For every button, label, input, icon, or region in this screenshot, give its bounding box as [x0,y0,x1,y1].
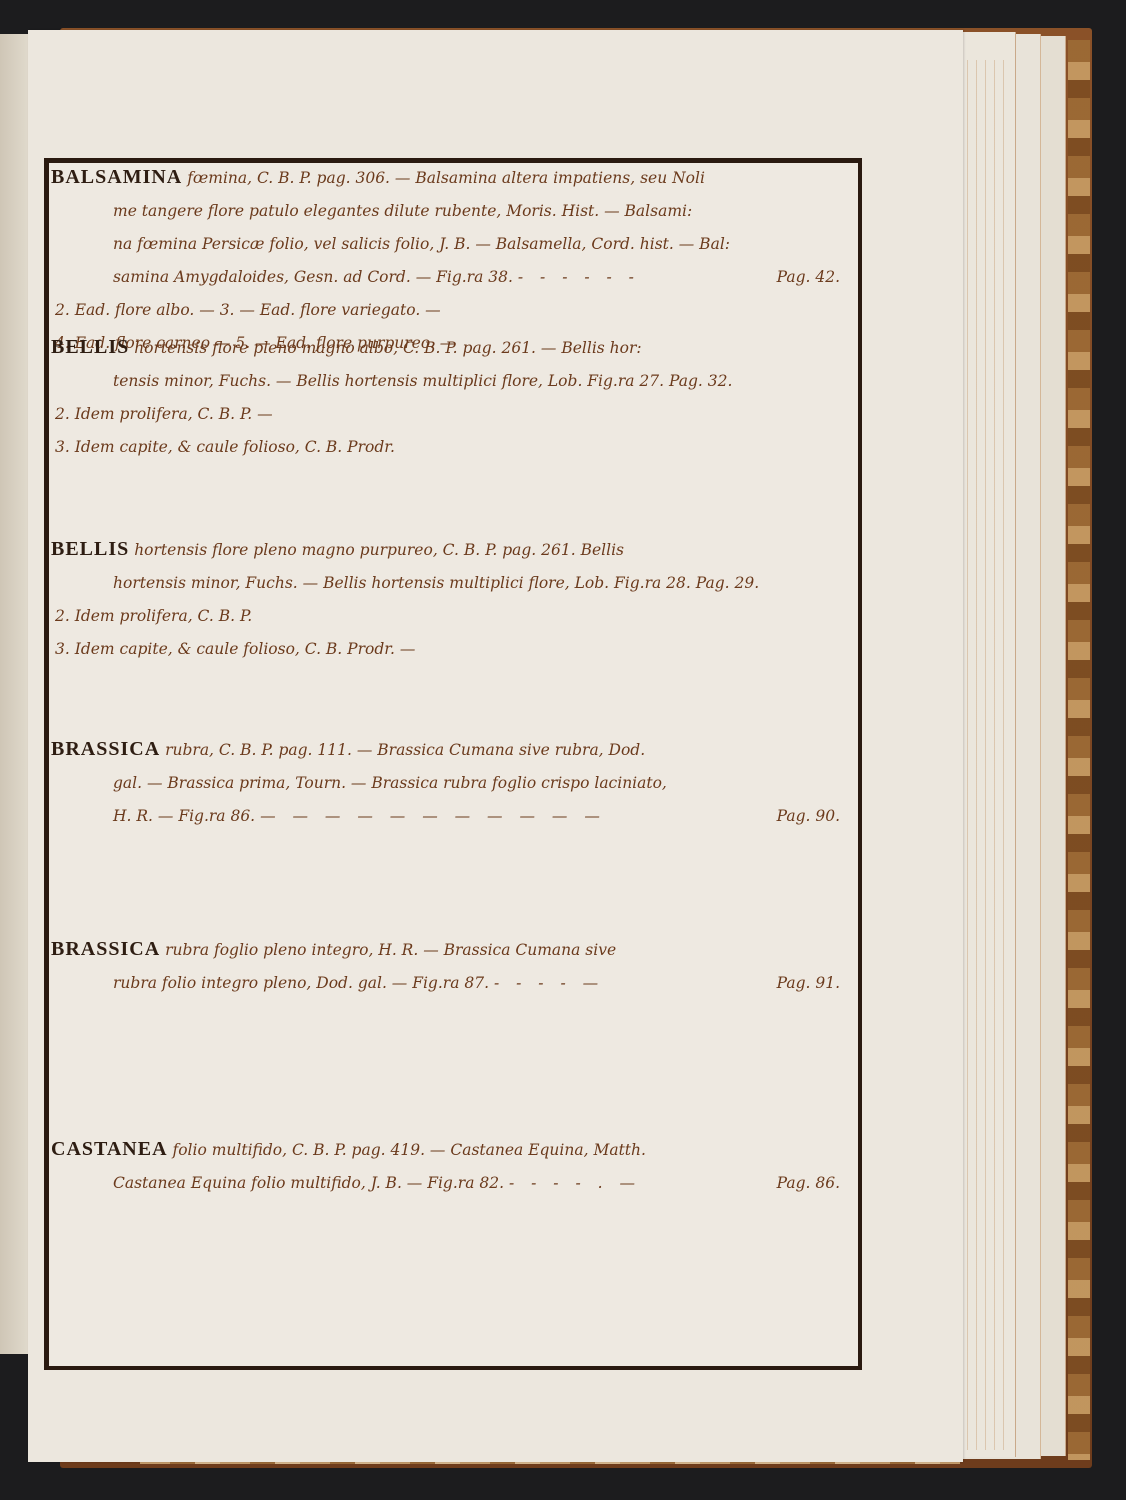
entry-heading: BELLIS [51,336,129,358]
entry-line: H. R. — Fig.ra 86. — — — — — — — — — — —… [49,800,858,833]
entry-line: BELLIS hortensis flore pleno magno albo,… [49,331,858,365]
entry-line: tensis minor, Fuchs. — Bellis hortensis … [49,365,858,398]
entry-line: CASTANEA folio multifido, C. B. P. pag. … [49,1133,858,1167]
entry-line: rubra folio integro pleno, Dod. gal. — F… [49,967,858,1000]
entry-heading: BRASSICA [51,738,160,760]
page-reference: Pag. 42. [777,261,858,294]
page-stack-edges [962,60,1007,1450]
leader-dashes: - - - - — [494,974,604,992]
entry-text: samina Amygdaloides, Gesn. ad Cord. — Fi… [113,268,513,286]
entry-text: folio multifido, C. B. P. pag. 419. — Ca… [172,1141,645,1159]
entry-text: rubra, C. B. P. pag. 111. — Brassica Cum… [165,741,645,759]
variant-line: 2. Idem prolifera, C. B. P. — [49,398,858,431]
entry-heading: BRASSICA [51,938,160,960]
cover-edge-right [1068,40,1090,1460]
entry-line: me tangere flore patulo elegantes dilute… [49,195,858,228]
entry-line: BELLIS hortensis flore pleno magno purpu… [49,533,858,567]
leader-dashes: — — — — — — — — — — — [260,807,606,825]
variant-line: 2. Idem prolifera, C. B. P. [49,600,858,633]
entry-heading: BELLIS [51,538,129,560]
entry-brassica-integro: BRASSICA rubra foglio pleno integro, H. … [49,933,858,1000]
entry-text: rubra foglio pleno integro, H. R. — Bras… [165,941,616,959]
leader-dashes: - - - - - - [518,268,640,286]
entry-text: rubra folio integro pleno, Dod. gal. — F… [113,974,489,992]
ruled-frame: BALSAMINA fœmina, C. B. P. pag. 306. — B… [44,158,862,1370]
entry-line: na fœmina Persicæ folio, vel salicis fol… [49,228,858,261]
page-reference: Pag. 91. [777,967,858,1000]
entry-line: gal. — Brassica prima, Tourn. — Brassica… [49,767,858,800]
page-reference: Pag. 86. [777,1167,858,1200]
entry-text: H. R. — Fig.ra 86. [113,807,255,825]
entry-line: BRASSICA rubra, C. B. P. pag. 111. — Bra… [49,733,858,767]
entry-text: hortensis flore pleno magno purpureo, C.… [134,541,624,559]
entry-text: Castanea Equina folio multifido, J. B. —… [113,1174,504,1192]
page-reference: Pag. 90. [777,800,858,833]
entry-line: hortensis minor, Fuchs. — Bellis hortens… [49,567,858,600]
entry-heading: BALSAMINA [51,166,182,188]
entry-castanea: CASTANEA folio multifido, C. B. P. pag. … [49,1133,858,1200]
entry-line: BALSAMINA fœmina, C. B. P. pag. 306. — B… [49,161,858,195]
entry-heading: CASTANEA [51,1138,168,1160]
variant-line: 2. Ead. flore albo. — 3. — Ead. flore va… [49,294,858,327]
entry-bellis-purpureo: BELLIS hortensis flore pleno magno purpu… [49,533,858,666]
variant-line: 3. Idem capite, & caule folioso, C. B. P… [49,431,858,464]
entry-text: fœmina, C. B. P. pag. 306. — Balsamina a… [187,169,705,187]
entry-line: Castanea Equina folio multifido, J. B. —… [49,1167,858,1200]
manuscript-page: BALSAMINA fœmina, C. B. P. pag. 306. — B… [28,30,963,1462]
entry-line: BRASSICA rubra foglio pleno integro, H. … [49,933,858,967]
leader-dashes: - - - - . — [509,1174,641,1192]
scan-scene: BALSAMINA fœmina, C. B. P. pag. 306. — B… [0,0,1126,1500]
variant-line: 3. Idem capite, & caule folioso, C. B. P… [49,633,858,666]
entry-text: hortensis flore pleno magno albo, C. B. … [134,339,641,357]
entry-brassica-rubra: BRASSICA rubra, C. B. P. pag. 111. — Bra… [49,733,858,833]
entry-bellis-albo: BELLIS hortensis flore pleno magno albo,… [49,331,858,464]
entry-line: samina Amygdaloides, Gesn. ad Cord. — Fi… [49,261,858,294]
